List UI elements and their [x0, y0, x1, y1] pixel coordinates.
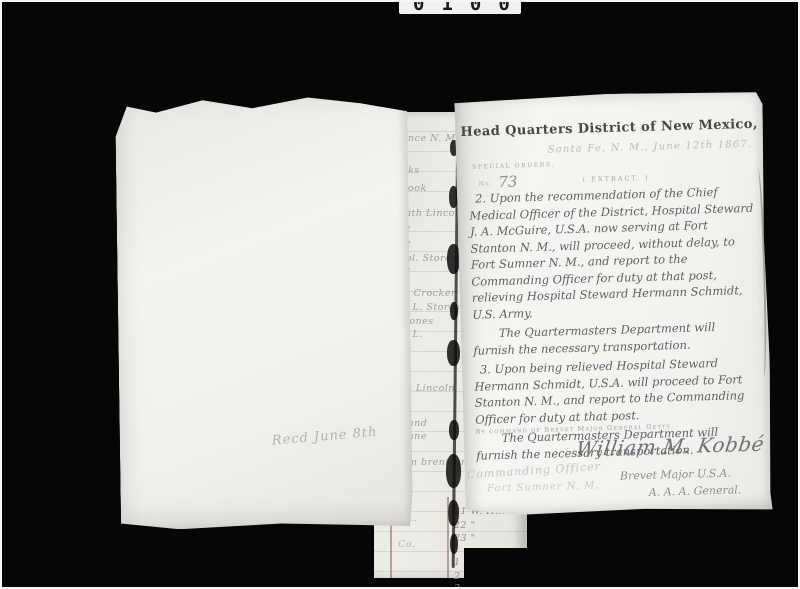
ledger-rule [447, 497, 449, 578]
spine-stitch [450, 302, 458, 320]
spine-stitch [450, 534, 458, 554]
spine-stitch [446, 454, 461, 488]
orders-no-label: No. [479, 180, 493, 187]
special-orders-number: No.73 [478, 171, 511, 190]
bed-shadow [464, 548, 544, 589]
dateline: Santa Fe, N. M., June 12th 1867. [548, 139, 760, 156]
extract-label: ( EXTRACT. ) [582, 174, 649, 184]
paragraph: 2. Upon the recommendation of the Chief … [469, 183, 759, 323]
orders-no-value: 73 [498, 172, 518, 191]
spine-stitch [449, 186, 458, 208]
spine-stitch [449, 420, 459, 440]
paragraph: 3. Upon being relieved Hospital Steward … [474, 354, 762, 428]
signature-title-1: Brevet Major U.S.A. [620, 467, 731, 483]
spine-stitch [447, 340, 460, 366]
frame-counter: 0100 [399, 2, 521, 14]
paragraph: The Quartermasters Department will furni… [473, 318, 760, 359]
spine-stitch [447, 244, 460, 274]
spine-stitch [448, 500, 459, 526]
addressee-line-2: Fort Sumner N. M. [487, 480, 600, 494]
scanner-bed: 0100 …nce N. M. …ks …ook …ith Lincoln " … [0, 0, 800, 589]
ledger-entry: Co. [398, 539, 415, 550]
frame-counter-digits: 0100 [413, 2, 521, 14]
letterhead: Head Quarters District of New Mexico, [455, 117, 763, 141]
signature-title-2: A. A. A. General. [649, 483, 742, 499]
letter-page: Head Quarters District of New Mexico, Sa… [454, 90, 774, 518]
special-orders-label: SPECIAL ORDERS, [472, 161, 555, 170]
left-page: Recd June 8th [115, 94, 413, 530]
received-note: Recd June 8th [271, 425, 378, 449]
